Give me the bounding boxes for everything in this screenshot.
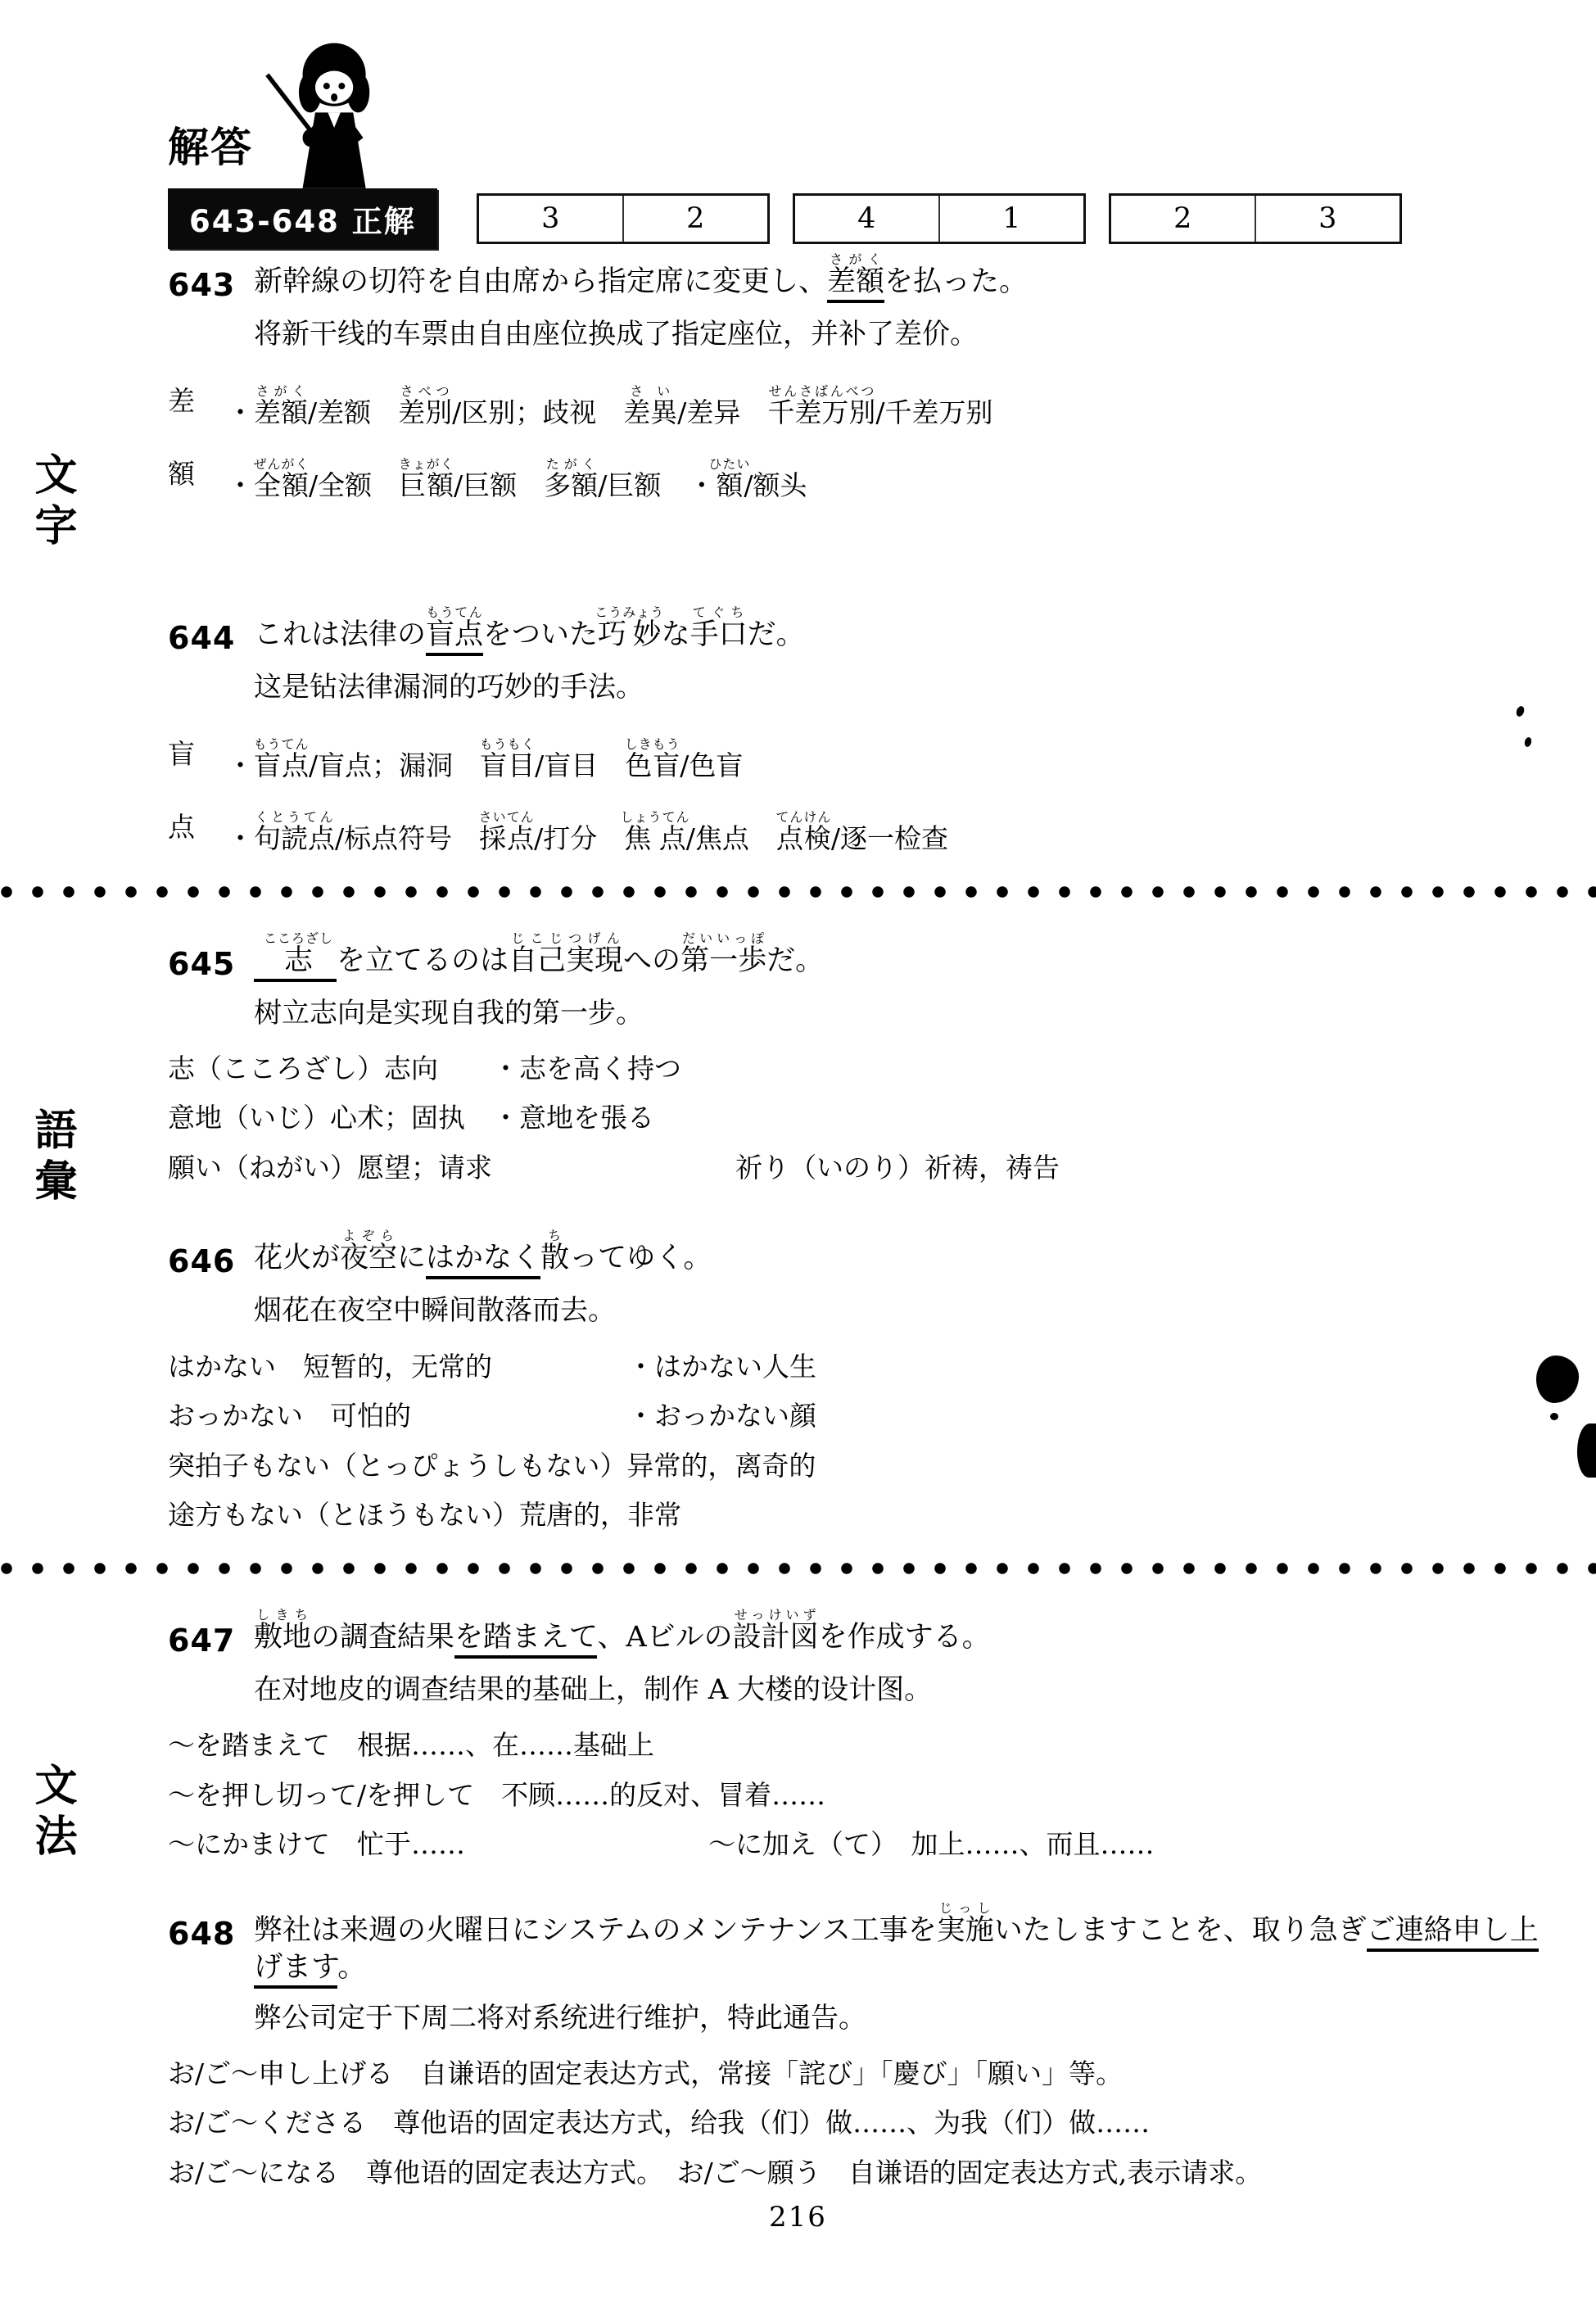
question-notes: 志（こころざし）志向 ・志を高く持つ意地（いじ）心术；固执 ・意地を張る願い（ね… <box>168 1051 1544 1187</box>
furigana-word: 盲点もうてん <box>426 618 483 651</box>
underlined-term: はかなく <box>426 1242 540 1279</box>
answer-box: 32 <box>477 193 770 244</box>
answer-cell: 1 <box>938 196 1083 242</box>
note-body: お/ご〜になる 尊他语的固定表达方式。 お/ご〜願う 自谦语的固定表达方式,表示… <box>168 2155 1544 2192</box>
question-translation: 烟花在夜空中瞬间散落而去。 <box>254 1292 1544 1328</box>
furigana-reading: ち <box>540 1228 569 1243</box>
question-sentence: 敷地しきちの調査結果を踏まえて、Aビルの設計図せっけいずを作成する。 <box>254 1603 1539 1657</box>
ink-blob <box>1536 1356 1579 1403</box>
question-translation: 这是钻法律漏洞的巧妙的手法。 <box>254 669 1544 705</box>
sidebar-label-goi: 語彙 <box>21 1107 83 1209</box>
answer-cell: 3 <box>1255 196 1399 242</box>
answer-header: 解答 <box>0 0 1596 179</box>
page-number: 216 <box>0 2201 1596 2234</box>
question-translation: 弊公司定于下周二将对系统进行维护，特此通告。 <box>254 2000 1544 2036</box>
ink-speck <box>1550 1413 1558 1420</box>
furigana-reading: もうもく <box>480 736 536 752</box>
note-line: はかない 短暂的，无常的 ・はかない人生 <box>168 1349 1544 1386</box>
question-sentence: これは法律の盲点もうてんをついた巧妙こうみょうな手口てぐちだ。 <box>254 600 1539 654</box>
question-first-line: 648弊社は来週の火曜日にシステムのメンテナンス工事を実施じっしいたしますことを… <box>168 1896 1544 1987</box>
note-line: お/ご〜になる 尊他语的固定表达方式。 お/ご〜願う 自谦语的固定表达方式,表示… <box>168 2155 1544 2192</box>
question-number: 644 <box>168 600 254 656</box>
furigana-reading: だいいっぽ <box>680 930 766 946</box>
dotted-separator <box>0 885 1596 898</box>
furigana-reading: じっし <box>937 1900 994 1916</box>
note-line: おっかない 可怕的 ・おっかない顔 <box>168 1398 1544 1435</box>
underlined-term: 志こころざし <box>254 944 337 982</box>
note-line: 突拍子もない（とっぴょうしもない）异常的，离奇的 <box>168 1448 1544 1485</box>
answer-cell: 2 <box>622 196 767 242</box>
note-body: 〜を踏まえて 根据……、在……基础上 <box>168 1727 1544 1764</box>
note-body: 〜にかまけて 忙于…… 〜に加え（て） 加上……、而且…… <box>168 1826 1544 1863</box>
sidebar-label-bunpo: 文法 <box>21 1763 83 1864</box>
answer-cell: 3 <box>479 196 622 242</box>
furigana-reading: じこじつげん <box>509 930 623 946</box>
furigana-reading: しきもう <box>625 736 680 752</box>
furigana-reading: せんさばんべつ <box>767 383 875 399</box>
note-body: はかない 短暂的，无常的 ・はかない人生 <box>168 1349 1544 1386</box>
note-body: 途方もない（とほうもない）荒唐的，非常 <box>168 1497 1544 1534</box>
question-first-line: 646花火が夜空よぞらにはかなく散ちってゆく。 <box>168 1224 1544 1279</box>
question-647: 647敷地しきちの調査結果を踏まえて、Aビルの設計図せっけいずを作成する。在对地… <box>168 1603 1544 1863</box>
note-body: 志（こころざし）志向 ・志を高く持つ <box>168 1051 1544 1088</box>
note-body: 〜を押し切って/を押して 不顾……的反对、冒着…… <box>168 1777 1544 1814</box>
question-first-line: 644これは法律の盲点もうてんをついた巧妙こうみょうな手口てぐちだ。 <box>168 600 1544 656</box>
furigana-reading: よぞら <box>340 1228 397 1243</box>
furigana-word: 多額たがく <box>544 469 598 501</box>
question-translation: 将新干线的车票由自由座位换成了指定座位，并补了差价。 <box>254 316 1544 352</box>
furigana-word: 千差万別せんさばんべつ <box>767 396 875 428</box>
question-number: 646 <box>168 1224 254 1279</box>
note-line: 意地（いじ）心术；固执 ・意地を張る <box>168 1100 1544 1137</box>
sidebar-label-moji: 文字 <box>21 452 83 554</box>
note-body: 意地（いじ）心术；固执 ・意地を張る <box>168 1100 1544 1137</box>
question-notes: 〜を踏まえて 根据……、在……基础上〜を押し切って/を押して 不顾……的反对、冒… <box>168 1727 1544 1863</box>
answer-cell: 4 <box>795 196 938 242</box>
furigana-word: 差異さい <box>623 396 677 428</box>
furigana-reading: もうてん <box>426 604 483 620</box>
question-645: 645志こころざしを立てるのは自己実現じこじつげんへの第一歩だいいっぽだ。树立志… <box>168 926 1544 1187</box>
furigana-word: 第一歩だいいっぽ <box>680 944 766 977</box>
furigana-reading: さべつ <box>398 383 452 399</box>
question-sentence: 新幹線の切符を自由席から指定席に変更し、差額さがくを払った。 <box>254 247 1539 301</box>
furigana-word: 夜空よぞら <box>340 1242 397 1274</box>
answer-cell: 2 <box>1111 196 1255 242</box>
furigana-reading: てんけん <box>775 809 831 825</box>
furigana-word: 盲目もうもく <box>480 749 535 781</box>
note-body: お/ご〜くださる 尊他语的固定表达方式，给我（们）做……、为我（们）做…… <box>168 2105 1544 2142</box>
furigana-reading: さがく <box>827 251 884 267</box>
question-notes: お/ご〜申し上げる 自谦语的固定表达方式，常接「詫び」「慶び」「願い」等。お/ご… <box>168 2056 1544 2192</box>
furigana-reading: くとうてん <box>254 809 335 825</box>
teacher-girl-illustration <box>262 39 401 191</box>
furigana-word: 実施じっし <box>937 1914 994 1947</box>
furigana-reading: ひたい <box>708 456 750 472</box>
furigana-word: 焦点しょうてん <box>624 822 686 854</box>
furigana-word: 敷地しきち <box>254 1621 311 1654</box>
furigana-word: 盲点もうてん <box>254 749 309 781</box>
note-head-kanji: 差 <box>168 383 227 432</box>
note-body: お/ご〜申し上げる 自谦语的固定表达方式，常接「詫び」「慶び」「願い」等。 <box>168 2056 1544 2093</box>
note-line: 点・句読点くとうてん/标点符号 採点さいてん/打分 焦点しょうてん/焦点 点検て… <box>168 798 1544 858</box>
note-body: おっかない 可怕的 ・おっかない顔 <box>168 1398 1544 1435</box>
question-translation: 树立志向是实现自我的第一步。 <box>254 995 1544 1031</box>
furigana-word: 句読点くとうてん <box>254 822 335 854</box>
furigana-reading: きょがく <box>399 456 454 472</box>
furigana-word: 採点さいてん <box>479 822 534 854</box>
furigana-word: 巧妙こうみょう <box>598 618 662 651</box>
note-line: 願い（ねがい）愿望；请求 祈り（いのり）祈祷，祷告 <box>168 1150 1544 1187</box>
answer-heading: 解答 <box>168 115 253 174</box>
note-line: お/ご〜くださる 尊他语的固定表达方式，给我（们）做……、为我（们）做…… <box>168 2105 1544 2142</box>
furigana-word: 散ち <box>540 1242 569 1274</box>
furigana-word: 額ひたい <box>715 469 744 501</box>
underlined-term: 差額さがく <box>827 265 884 303</box>
furigana-reading: しょうてん <box>621 809 690 825</box>
furigana-word: 点検てんけん <box>776 822 831 854</box>
note-line: 〜にかまけて 忙于…… 〜に加え（て） 加上……、而且…… <box>168 1826 1544 1863</box>
furigana-reading: せっけいず <box>733 1607 819 1623</box>
note-body: ・句読点くとうてん/标点符号 採点さいてん/打分 焦点しょうてん/焦点 点検てん… <box>227 809 1544 858</box>
question-first-line: 645志こころざしを立てるのは自己実現じこじつげんへの第一歩だいいっぽだ。 <box>168 926 1544 982</box>
note-line: 途方もない（とほうもない）荒唐的，非常 <box>168 1497 1544 1534</box>
question-first-line: 647敷地しきちの調査結果を踏まえて、Aビルの設計図せっけいずを作成する。 <box>168 1603 1544 1659</box>
furigana-word: 自己実現じこじつげん <box>509 944 623 977</box>
note-body: ・全額ぜんがく/全额 巨額きょがく/巨额 多額たがく/巨额 ・額ひたい/额头 <box>227 456 1544 505</box>
question-translation: 在对地皮的调查结果的基础上，制作 A 大楼的设计图。 <box>254 1672 1544 1708</box>
furigana-reading: ぜんがく <box>254 456 310 472</box>
furigana-reading: こうみょう <box>595 604 664 620</box>
furigana-word: 差額さがく <box>827 265 884 298</box>
question-number: 645 <box>168 926 254 982</box>
note-body: ・盲点もうてん/盲点；漏洞 盲目もうもく/盲目 色盲しきもう/色盲 <box>227 736 1544 785</box>
furigana-reading: こころざし <box>264 930 333 946</box>
question-number: 647 <box>168 1603 254 1659</box>
underlined-term: を踏まえて <box>454 1621 597 1659</box>
dotted-separator <box>0 1562 1596 1575</box>
note-line: 志（こころざし）志向 ・志を高く持つ <box>168 1051 1544 1088</box>
note-body: 願い（ねがい）愿望；请求 祈り（いのり）祈祷，祷告 <box>168 1150 1544 1187</box>
furigana-word: 設計図せっけいず <box>733 1621 819 1654</box>
furigana-reading: さい <box>623 383 677 399</box>
answer-key-strip: 643-648 正解 324123 <box>168 190 1596 247</box>
note-line: 〜を踏まえて 根据……、在……基础上 <box>168 1727 1544 1764</box>
note-head-kanji: 額 <box>168 456 227 505</box>
questions: 643新幹線の切符を自由席から指定席に変更し、差額さがくを払った。将新干线的车票… <box>168 247 1544 2191</box>
furigana-reading: たがく <box>544 456 598 472</box>
furigana-reading: さがく <box>254 383 308 399</box>
furigana-reading: しきち <box>254 1607 311 1623</box>
answer-key-label: 643-648 正解 <box>168 188 437 249</box>
furigana-word: 差別さべつ <box>398 396 452 428</box>
furigana-reading: てぐち <box>690 604 748 620</box>
furigana-word: 手口てぐち <box>690 618 748 651</box>
furigana-reading: さいてん <box>479 809 535 825</box>
furigana-word: 志こころざし <box>264 944 327 977</box>
question-643: 643新幹線の切符を自由席から指定席に変更し、差額さがくを払った。将新干线的车票… <box>168 247 1544 504</box>
answer-groups: 324123 <box>477 193 1402 244</box>
question-sentence: 志こころざしを立てるのは自己実現じこじつげんへの第一歩だいいっぽだ。 <box>254 926 1539 980</box>
ink-blob <box>1577 1424 1596 1478</box>
furigana-word: 全額ぜんがく <box>254 469 309 501</box>
question-notes: 盲・盲点もうてん/盲点；漏洞 盲目もうもく/盲目 色盲しきもう/色盲点・句読点く… <box>168 725 1544 857</box>
question-number: 648 <box>168 1896 254 1952</box>
note-body: ・差額さがく/差额 差別さべつ/区别；歧视 差異さい/差异 千差万別せんさばんべ… <box>227 383 1544 432</box>
note-line: 額・全額ぜんがく/全额 巨額きょがく/巨额 多額たがく/巨额 ・額ひたい/额头 <box>168 445 1544 505</box>
underlined-term: 盲点もうてん <box>426 618 483 656</box>
underlined-term: ご連絡申し上げます <box>254 1914 1539 1989</box>
textbook-page: 文字語彙文法 解答 643-648 正解 324123 643新幹線の切符を自由… <box>0 0 1596 2322</box>
furigana-word: 差額さがく <box>254 396 308 428</box>
question-notes: はかない 短暂的，无常的 ・はかない人生おっかない 可怕的 ・おっかない顔突拍子… <box>168 1349 1544 1534</box>
note-line: お/ご〜申し上げる 自谦语的固定表达方式，常接「詫び」「慶び」「願い」等。 <box>168 2056 1544 2093</box>
note-head-kanji: 点 <box>168 809 227 858</box>
note-body: 突拍子もない（とっぴょうしもない）异常的，离奇的 <box>168 1448 1544 1485</box>
answer-box: 23 <box>1109 193 1402 244</box>
furigana-word: 色盲しきもう <box>625 749 680 781</box>
note-line: 〜を押し切って/を押して 不顾……的反对、冒着…… <box>168 1777 1544 1814</box>
question-sentence: 花火が夜空よぞらにはかなく散ちってゆく。 <box>254 1224 1539 1278</box>
furigana-reading: もうてん <box>254 736 310 752</box>
note-head-kanji: 盲 <box>168 736 227 785</box>
furigana-word: 巨額きょがく <box>399 469 454 501</box>
question-644: 644これは法律の盲点もうてんをついた巧妙こうみょうな手口てぐちだ。这是钻法律漏… <box>168 600 1544 857</box>
note-line: 盲・盲点もうてん/盲点；漏洞 盲目もうもく/盲目 色盲しきもう/色盲 <box>168 725 1544 785</box>
question-number: 643 <box>168 247 254 303</box>
question-first-line: 643新幹線の切符を自由席から指定席に変更し、差額さがくを払った。 <box>168 247 1544 303</box>
question-notes: 差・差額さがく/差额 差別さべつ/区别；歧视 差異さい/差异 千差万別せんさばん… <box>168 372 1544 504</box>
question-sentence: 弊社は来週の火曜日にシステムのメンテナンス工事を実施じっしいたしますことを、取り… <box>254 1896 1539 1987</box>
question-648: 648弊社は来週の火曜日にシステムのメンテナンス工事を実施じっしいたしますことを… <box>168 1896 1544 2192</box>
question-646: 646花火が夜空よぞらにはかなく散ちってゆく。烟花在夜空中瞬间散落而去。はかない… <box>168 1224 1544 1533</box>
answer-box: 41 <box>793 193 1086 244</box>
note-line: 差・差額さがく/差额 差別さべつ/区别；歧视 差異さい/差异 千差万別せんさばん… <box>168 372 1544 432</box>
